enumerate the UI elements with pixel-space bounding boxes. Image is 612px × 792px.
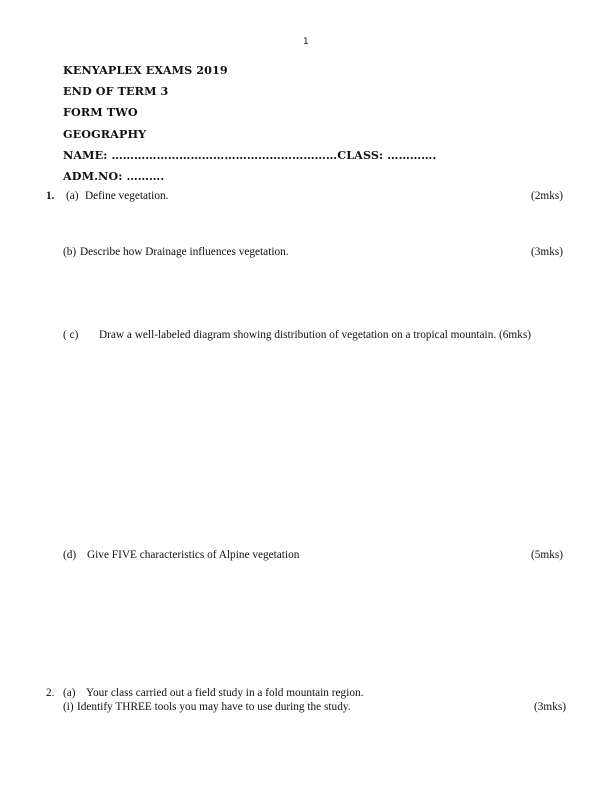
question-part-text: Draw a well-labeled diagram showing dist… [99, 329, 531, 341]
question-part-text: Describe how Drainage influences vegetat… [80, 246, 289, 258]
exam-form: FORM TWO [63, 105, 138, 119]
adm-no-line: ADM.NO: ………. [63, 169, 164, 183]
question-part-label: ( c) [63, 329, 78, 341]
question-part-label: (b) [63, 246, 76, 258]
question-number: 2. [46, 687, 54, 699]
page-number: 1 [303, 37, 309, 47]
question-part-text: Your class carried out a field study in … [86, 687, 363, 699]
name-class-line: NAME: ……………………………………………………CLASS: …………. [63, 148, 436, 162]
question-part-label: (d) [63, 549, 76, 561]
question-marks: (5mks) [531, 549, 563, 561]
question-number: 1. [46, 190, 54, 202]
question-marks: (2mks) [531, 190, 563, 202]
question-part-label: (a) [66, 190, 79, 202]
question-part-text: Define vegetation. [85, 190, 168, 202]
question-part-label: (a) [63, 687, 76, 699]
exam-title: KENYAPLEX EXAMS 2019 [63, 63, 228, 77]
question-marks: (3mks) [534, 701, 566, 713]
question-marks: (3mks) [531, 246, 563, 258]
exam-subject: GEOGRAPHY [63, 127, 146, 141]
question-part-text: Identify THREE tools you may have to use… [77, 701, 351, 713]
question-part-label: (i) [63, 701, 74, 713]
question-part-text: Give FIVE characteristics of Alpine vege… [87, 549, 299, 561]
exam-term: END OF TERM 3 [63, 84, 168, 98]
